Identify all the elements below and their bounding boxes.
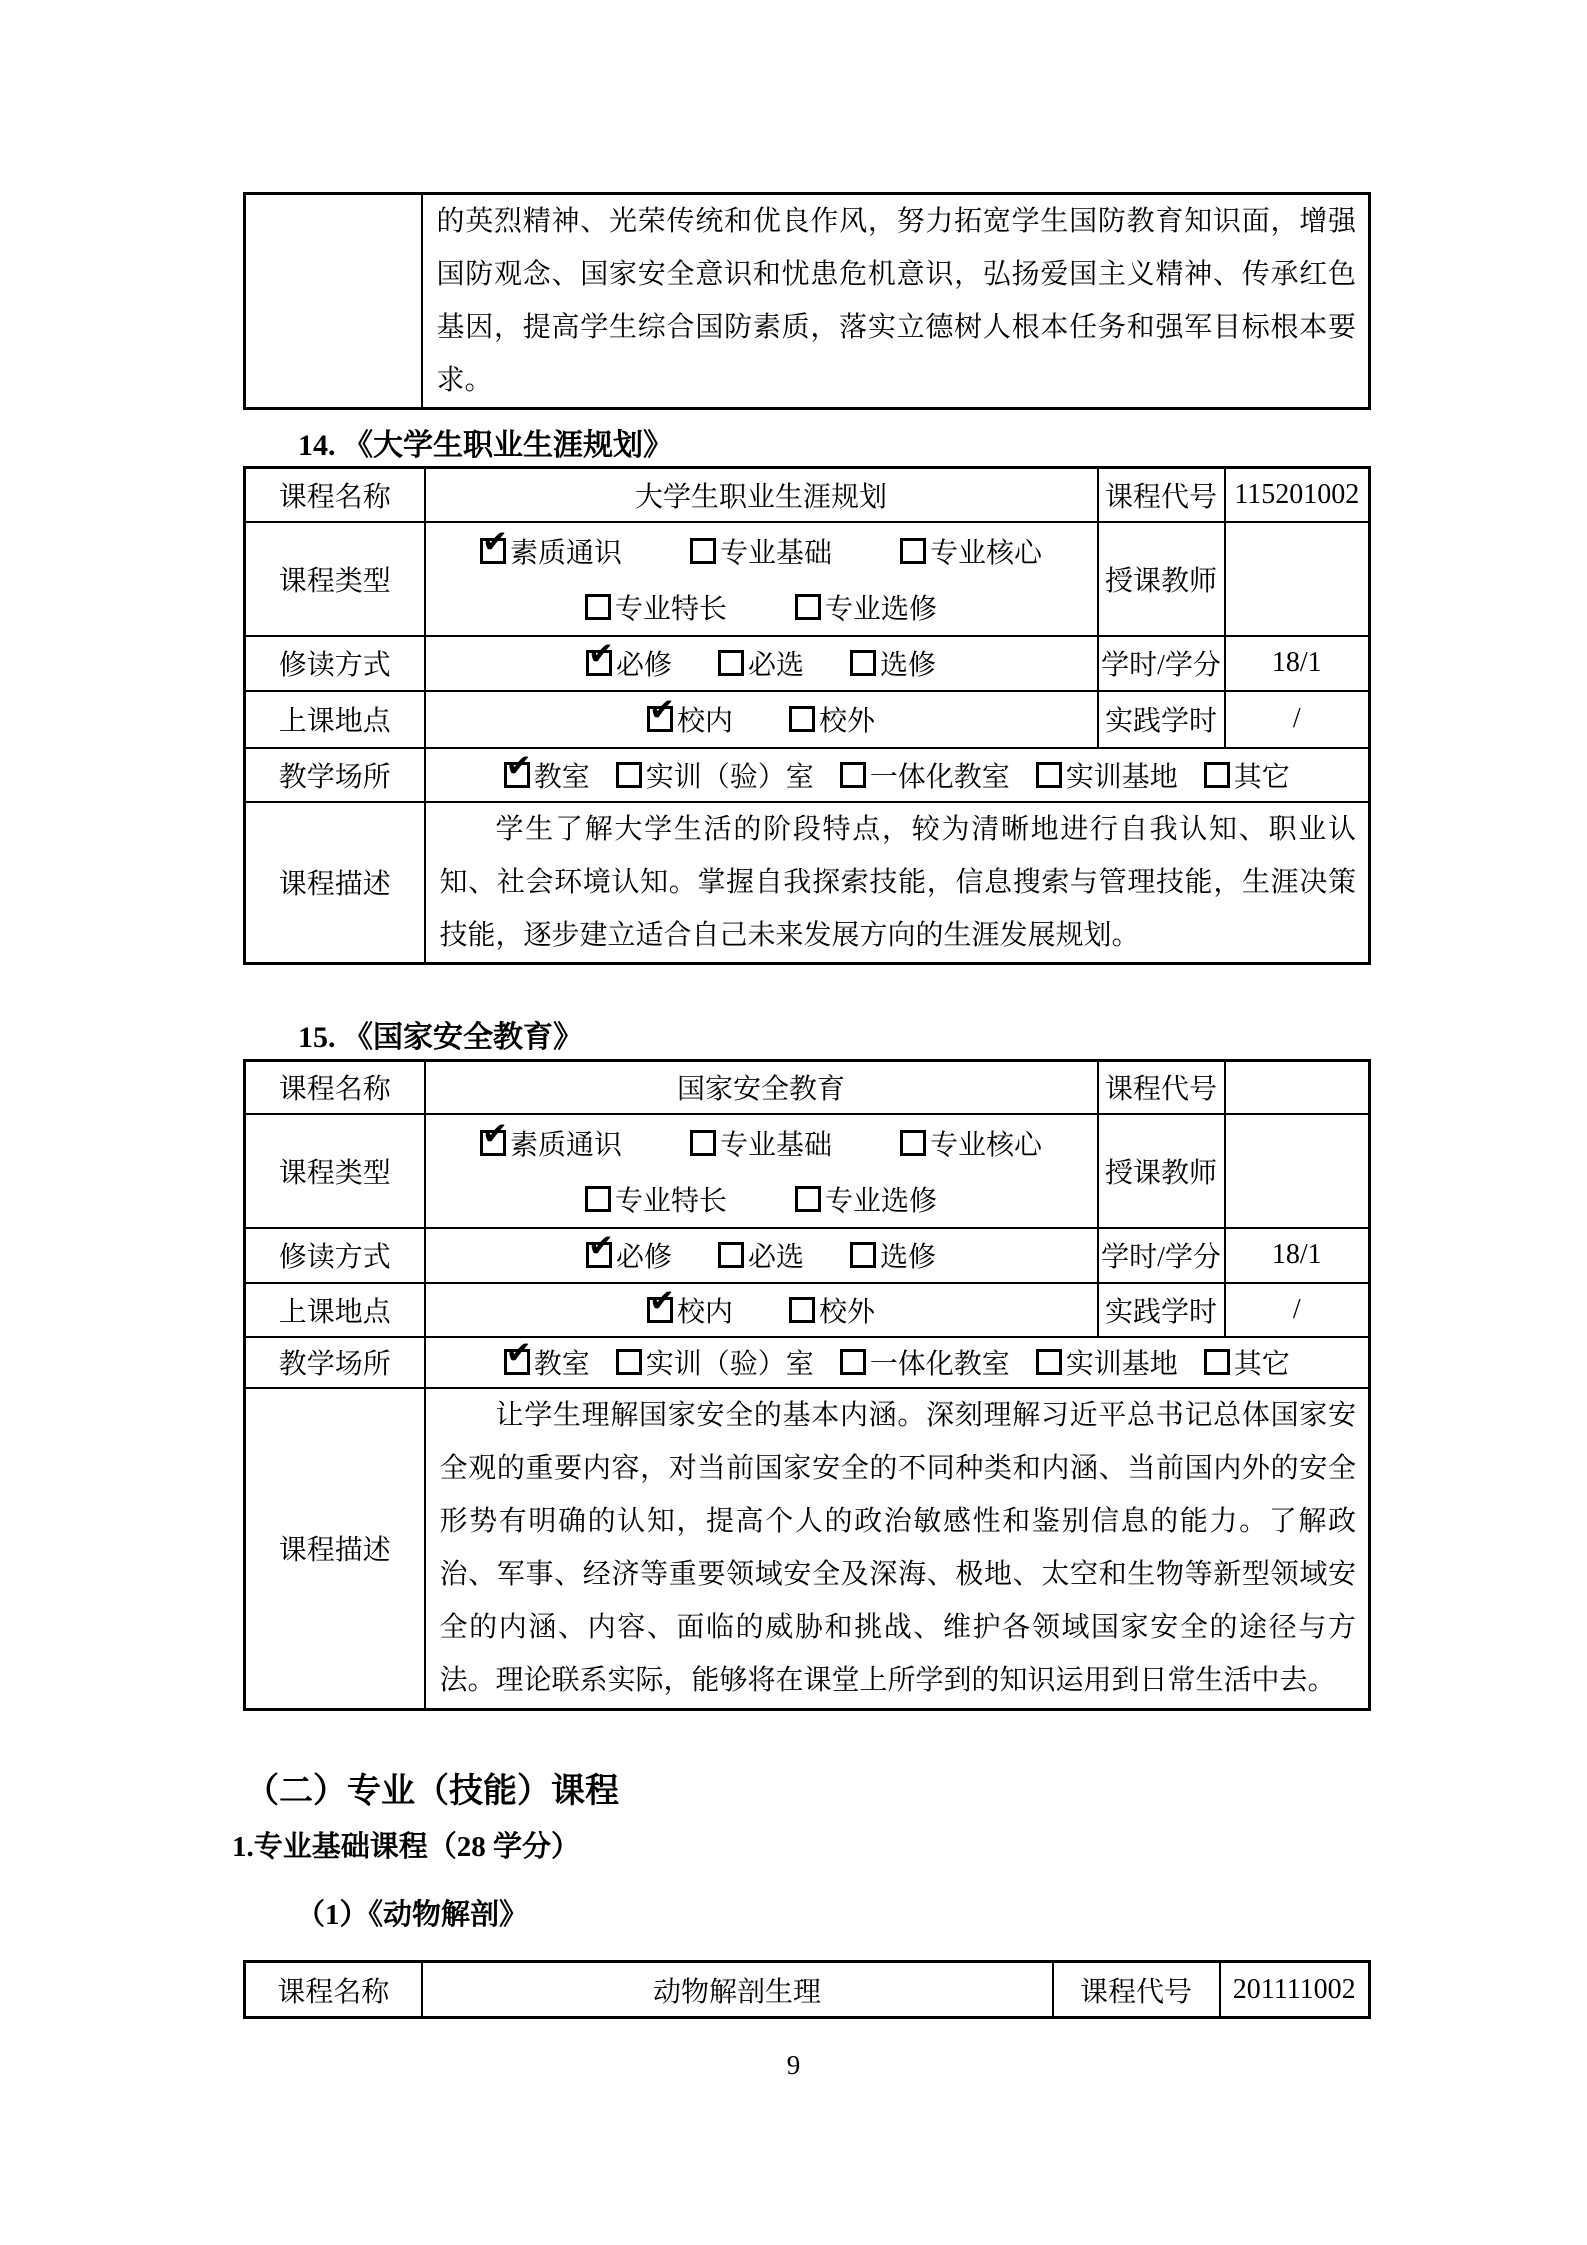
checkbox-icon [647,1297,673,1323]
page-number: 9 [0,2050,1587,2081]
checkbox-option: 素质通识 [480,1123,622,1163]
checkbox-icon [1036,1349,1062,1375]
checkbox-label: 专业核心 [930,531,1042,571]
checkbox-label: 校外 [819,699,875,739]
checkbox-option: 一体化教室 [840,755,1010,795]
practice-hours-label: 实践学时 [1098,691,1225,748]
course-name-label: 课程名称 [245,1061,425,1114]
course-type-label: 课程类型 [245,1114,425,1228]
checkbox-option: 其它 [1204,755,1290,795]
checkbox-label: 必修 [616,1235,672,1275]
checkbox-icon [586,1242,612,1268]
checkbox-option: 一体化教室 [840,1342,1010,1382]
course-name-label: 课程名称 [245,468,425,522]
checkbox-icon [480,1130,506,1156]
checkbox-icon [690,538,716,564]
checkbox-option: 专业选修 [795,1179,937,1219]
checkbox-option: 专业核心 [900,531,1042,571]
checkbox-label: 教室 [534,755,590,795]
checkbox-icon [900,1130,926,1156]
course-anatomy-table: 课程名称 动物解剖生理 课程代号 201111002 [243,1960,1371,2019]
hours-credit-value: 18/1 [1225,1228,1370,1283]
checkbox-label: 一体化教室 [870,1342,1010,1382]
checkbox-label: 一体化教室 [870,755,1010,795]
checkbox-option: 校内 [647,1290,733,1330]
course-14-heading: 14. 《大学生职业生涯规划》 [298,420,673,464]
checkbox-option: 校外 [789,699,875,739]
study-mode-label: 修读方式 [245,636,425,691]
checkbox-icon [718,650,744,676]
checkbox-label: 教室 [534,1342,590,1382]
checkbox-icon [1204,762,1230,788]
course-code-label: 课程代号 [1053,1962,1220,2018]
checkbox-label: 专业特长 [615,587,727,627]
teaching-place-options: 教室 实训（验）室 一体化教室 实训基地 其它 [425,1337,1370,1388]
checkbox-icon [718,1242,744,1268]
course-code-value: 201111002 [1220,1962,1370,2018]
checkbox-label: 专业特长 [615,1179,727,1219]
checkbox-label: 必选 [748,1235,804,1275]
course-desc-text: 学生了解大学生活的阶段特点，较为清晰地进行自我认知、职业认知、社会环境认知。掌握… [426,803,1369,962]
checkbox-icon [1204,1349,1230,1375]
checkbox-option: 选修 [850,1235,936,1275]
checkbox-label: 选修 [880,1235,936,1275]
checkbox-label: 专业核心 [930,1123,1042,1163]
checkbox-icon [585,1186,611,1212]
checkbox-icon [900,538,926,564]
checkbox-icon [504,1349,530,1375]
continuation-text: 的英烈精神、光荣传统和优良作风，努力拓宽学生国防教育知识面，增强国防观念、国家安… [423,195,1369,407]
continuation-table: 的英烈精神、光荣传统和优良作风，努力拓宽学生国防教育知识面，增强国防观念、国家安… [243,192,1371,410]
checkbox-icon [586,650,612,676]
checkbox-label: 专业基础 [720,1123,832,1163]
practice-hours-value: / [1225,1283,1370,1337]
checkbox-icon [690,1130,716,1156]
checkbox-label: 实训（验）室 [646,755,814,795]
checkbox-icon [850,650,876,676]
teaching-place-label: 教学场所 [245,1337,425,1388]
checkbox-option: 素质通识 [480,531,622,571]
course-desc-text: 让学生理解国家安全的基本内涵。深刻理解习近平总书记总体国家安全观的重要内容，对当… [426,1389,1369,1707]
checkbox-option: 校外 [789,1290,875,1330]
course-15-heading: 15. 《国家安全教育》 [298,1012,583,1056]
course-code-value [1225,1061,1370,1114]
checkbox-option: 实训（验）室 [616,755,814,795]
checkbox-label: 必选 [748,643,804,683]
course-desc-cell: 学生了解大学生活的阶段特点，较为清晰地进行自我认知、职业认知、社会环境认知。掌握… [425,802,1370,964]
checkbox-option: 专业核心 [900,1123,1042,1163]
class-location-options: 校内 校外 [425,691,1098,748]
course-code-label: 课程代号 [1098,1061,1225,1114]
class-location-label: 上课地点 [245,691,425,748]
checkbox-label: 其它 [1234,1342,1290,1382]
checkbox-option: 必选 [718,643,804,683]
checkbox-option: 必修 [586,643,672,683]
checkbox-option: 专业特长 [585,1179,727,1219]
course-type-options: 素质通识 专业基础 专业核心 专业特长 专业选修 [425,522,1098,636]
course-code-value: 115201002 [1225,468,1370,522]
teacher-label: 授课教师 [1098,522,1225,636]
checkbox-option: 其它 [1204,1342,1290,1382]
teacher-label: 授课教师 [1098,1114,1225,1228]
checkbox-icon [789,1297,815,1323]
checkbox-option: 实训基地 [1036,1342,1178,1382]
checkbox-label: 素质通识 [510,531,622,571]
checkbox-label: 必修 [616,643,672,683]
course-name-value: 国家安全教育 [425,1061,1098,1114]
checkbox-option: 必选 [718,1235,804,1275]
hours-credit-value: 18/1 [1225,636,1370,691]
course-14-table: 课程名称 大学生职业生涯规划 课程代号 115201002 课程类型 素质通识 … [243,466,1371,965]
study-mode-label: 修读方式 [245,1228,425,1283]
study-mode-options: 必修 必选 选修 [425,636,1098,691]
checkbox-icon [616,762,642,788]
checkbox-icon [795,1186,821,1212]
checkbox-icon [840,762,866,788]
subsection-1-heading: 1.专业基础课程（28 学分） [232,1824,580,1865]
checkbox-label: 素质通识 [510,1123,622,1163]
course-desc-cell: 让学生理解国家安全的基本内涵。深刻理解习近平总书记总体国家安全观的重要内容，对当… [425,1388,1370,1710]
checkbox-icon [480,538,506,564]
checkbox-icon [647,706,673,732]
checkbox-option: 实训基地 [1036,755,1178,795]
checkbox-label: 实训基地 [1066,755,1178,795]
checkbox-icon [840,1349,866,1375]
course-15-table: 课程名称 国家安全教育 课程代号 课程类型 素质通识 专业基础 专业核心 专业特… [243,1059,1371,1711]
checkbox-icon [504,762,530,788]
teaching-place-label: 教学场所 [245,748,425,802]
checkbox-icon [789,706,815,732]
course-desc-label: 课程描述 [245,1388,425,1710]
checkbox-option: 实训（验）室 [616,1342,814,1382]
teaching-place-options: 教室 实训（验）室 一体化教室 实训基地 其它 [425,748,1370,802]
checkbox-label: 选修 [880,643,936,683]
practice-hours-value: / [1225,691,1370,748]
checkbox-option: 校内 [647,699,733,739]
empty-label-cell [245,194,422,409]
class-location-label: 上课地点 [245,1283,425,1337]
section-2-heading: （二）专业（技能）课程 [245,1763,619,1812]
course-desc-label: 课程描述 [245,802,425,964]
course-name-value: 动物解剖生理 [422,1962,1053,2018]
checkbox-icon [1036,762,1062,788]
checkbox-label: 校内 [677,699,733,739]
checkbox-label: 实训基地 [1066,1342,1178,1382]
checkbox-label: 其它 [1234,755,1290,795]
item-1-heading: （1）《动物解剖》 [296,1892,528,1933]
course-code-label: 课程代号 [1098,468,1225,522]
checkbox-label: 专业选修 [825,1179,937,1219]
practice-hours-label: 实践学时 [1098,1283,1225,1337]
course-name-label: 课程名称 [245,1962,422,2018]
checkbox-label: 专业基础 [720,531,832,571]
checkbox-option: 教室 [504,1342,590,1382]
checkbox-icon [585,594,611,620]
checkbox-icon [795,594,821,620]
checkbox-option: 必修 [586,1235,672,1275]
hours-credit-label: 学时/学分 [1098,636,1225,691]
checkbox-icon [850,1242,876,1268]
checkbox-label: 实训（验）室 [646,1342,814,1382]
checkbox-label: 专业选修 [825,587,937,627]
checkbox-option: 专业基础 [690,1123,832,1163]
course-type-label: 课程类型 [245,522,425,636]
checkbox-option: 专业选修 [795,587,937,627]
checkbox-option: 专业特长 [585,587,727,627]
checkbox-option: 选修 [850,643,936,683]
hours-credit-label: 学时/学分 [1098,1228,1225,1283]
continuation-text-cell: 的英烈精神、光荣传统和优良作风，努力拓宽学生国防教育知识面，增强国防观念、国家安… [422,194,1370,409]
study-mode-options: 必修 必选 选修 [425,1228,1098,1283]
course-name-value: 大学生职业生涯规划 [425,468,1098,522]
teacher-value [1225,1114,1370,1228]
checkbox-option: 教室 [504,755,590,795]
document-page: 的英烈精神、光荣传统和优良作风，努力拓宽学生国防教育知识面，增强国防观念、国家安… [0,0,1587,2245]
teacher-value [1225,522,1370,636]
checkbox-icon [616,1349,642,1375]
checkbox-label: 校内 [677,1290,733,1330]
course-type-options: 素质通识 专业基础 专业核心 专业特长 专业选修 [425,1114,1098,1228]
class-location-options: 校内 校外 [425,1283,1098,1337]
checkbox-label: 校外 [819,1290,875,1330]
checkbox-option: 专业基础 [690,531,832,571]
